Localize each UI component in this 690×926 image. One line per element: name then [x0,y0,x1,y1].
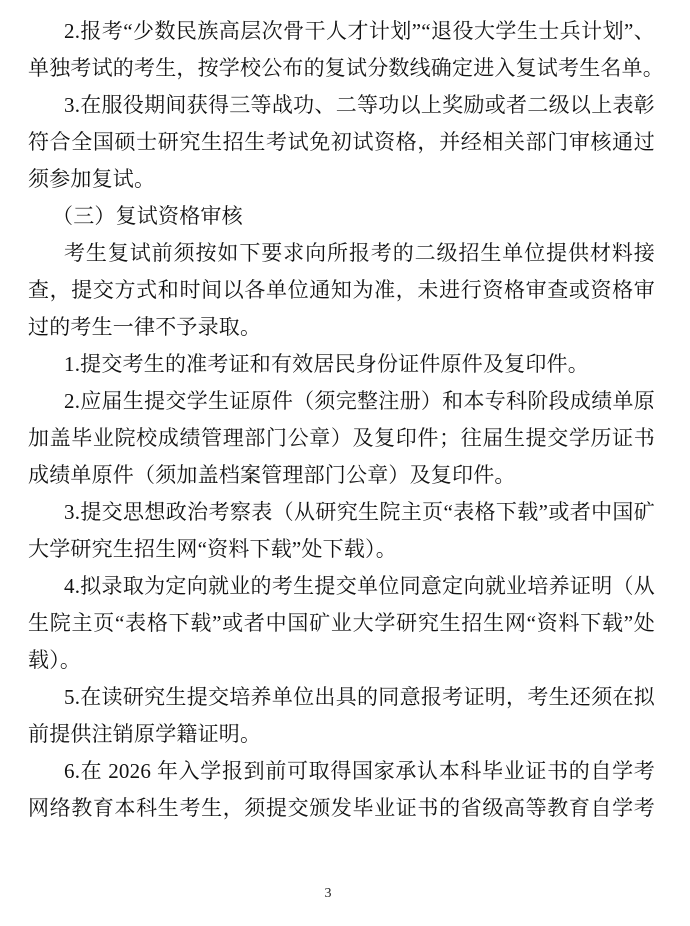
text-line: 1.提交考生的准考证和有效居民身份证件原件及复印件。 [28,346,655,383]
text-line: 符合全国硕士研究生招生考试免初试资格，并经相关部门审核通过的考生， [28,124,655,161]
text-line: 网络教育本科生考生，须提交颁发毕业证书的省级高等教育自学考试办公 [28,790,655,827]
text-line: 须参加复试。 [28,161,655,198]
section-heading: （三）复试资格审核 [28,198,655,235]
text-line: 加盖毕业院校成绩管理部门公章）及复印件；往届生提交学历证书原件和 [28,420,655,457]
document-page: 2.报考“少数民族高层次骨干人才计划”“退役大学生士兵计划”、单独考试的考生，按… [0,0,690,926]
text-line: 6.在 2026 年入学报到前可取得国家承认本科毕业证书的自学考试或 [28,753,655,790]
text-line: 载）。 [28,642,655,679]
text-line: 5.在读研究生提交培养单位出具的同意报考证明，考生还须在拟录取 [28,679,655,716]
text-line: 2.报考“少数民族高层次骨干人才计划”“退役大学生士兵计划”、 [28,13,655,50]
text-line: 3.提交思想政治考察表（从研究生院主页“表格下载”或者中国矿业 [28,494,655,531]
text-line: 考生复试前须按如下要求向所报考的二级招生单位提供材料接受审 [28,235,655,272]
text-line: 过的考生一律不予录取。 [28,309,655,346]
text-line: 单独考试的考生，按学校公布的复试分数线确定进入复试考生名单。 [28,50,655,87]
page-number: 3 [0,884,656,904]
text-line: 生院主页“表格下载”或者中国矿业大学研究生招生网“资料下载”处下 [28,605,655,642]
document-body: 2.报考“少数民族高层次骨干人才计划”“退役大学生士兵计划”、单独考试的考生，按… [28,13,655,827]
text-line: 3.在服役期间获得三等战功、二等功以上奖励或者二级以上表彰人员， [28,87,655,124]
text-line: 2.应届生提交学生证原件（须完整注册）和本专科阶段成绩单原件（须 [28,383,655,420]
text-line: 大学研究生招生网“资料下载”处下载）。 [28,531,655,568]
text-line: 4.拟录取为定向就业的考生提交单位同意定向就业培养证明（从研究 [28,568,655,605]
text-line: 成绩单原件（须加盖档案管理部门公章）及复印件。 [28,457,655,494]
text-line: 前提供注销原学籍证明。 [28,716,655,753]
text-line: 查，提交方式和时间以各单位通知为准，未进行资格审查或资格审查未通 [28,272,655,309]
